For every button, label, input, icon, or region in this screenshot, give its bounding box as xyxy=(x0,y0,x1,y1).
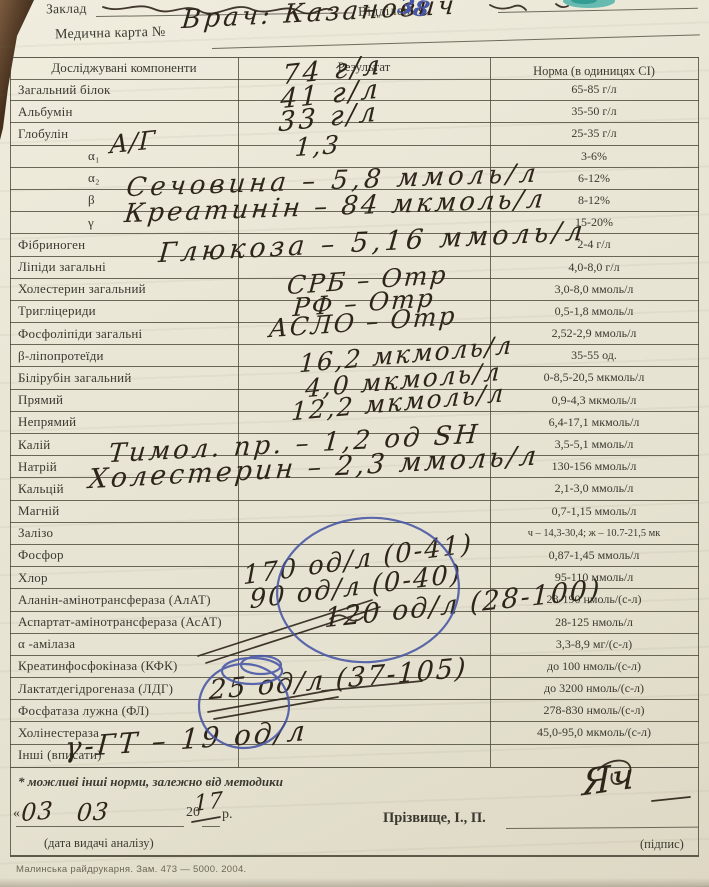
component-label: Прямий xyxy=(18,392,63,408)
component-label: α -амілаза xyxy=(18,636,75,652)
norm-value: 6,4-17,1 мкмоль/л xyxy=(490,415,698,430)
norm-value: 0-8,5-20,5 мкмоль/л xyxy=(490,370,698,385)
norm-value: 45,0-95,0 мкмоль/(с-л) xyxy=(490,725,698,740)
norm-value: 0,9-4,3 мкмоль/л xyxy=(490,393,698,408)
component-label: Натрій xyxy=(18,459,57,475)
component-label: Холестерин загальний xyxy=(18,281,146,297)
component-label: Тригліцериди xyxy=(18,303,96,319)
component-label: Залізо xyxy=(18,525,53,541)
handwritten-date-year: 17 xyxy=(194,788,224,817)
handwritten-result: 1,3 xyxy=(294,130,342,162)
printer-note: Малинська райдрукарня. Зам. 473 — 5000. … xyxy=(16,864,246,875)
component-label: Аланін-амінотрансфераза (АлАТ) xyxy=(18,592,211,608)
component-label: α₁ xyxy=(88,148,100,164)
norm-value: 35-55 од. xyxy=(490,348,698,363)
component-label: α₂ xyxy=(88,170,100,186)
card-number-underline xyxy=(212,34,700,49)
component-label: Фосфоліпіди загальні xyxy=(18,326,142,342)
component-label: Ліпіди загальні xyxy=(18,259,106,275)
component-label: Калій xyxy=(18,437,50,453)
component-label: Білірубін загальний xyxy=(18,370,131,386)
date-underline xyxy=(16,826,184,827)
component-label: Глобулін xyxy=(18,126,68,142)
norm-value: 35-50 г/л xyxy=(490,104,698,119)
norm-value: ч – 14,3-30,4; ж – 10.7-21,5 мк xyxy=(490,528,698,539)
component-label: Фібриноген xyxy=(18,237,85,253)
department-underline xyxy=(498,8,698,13)
norm-value: 28-125 нмоль/л xyxy=(490,615,698,630)
norm-value: 4,0-8,0 г/л xyxy=(490,260,698,275)
table-row: α -амілаза3,3-8,9 мг/(с-л) xyxy=(10,634,699,656)
component-label: γ xyxy=(88,215,94,231)
year-underline xyxy=(202,826,220,827)
norm-value: 3,0-8,0 ммоль/л xyxy=(490,282,698,297)
component-label: Фосфатаза лужна (ФЛ) xyxy=(18,703,149,719)
signature-caption: (підпис) xyxy=(640,837,684,852)
component-label: Креатинфосфокіназа (КФК) xyxy=(18,658,178,674)
component-label: Непрямий xyxy=(18,414,76,430)
norm-value: 3,3-8,9 мг/(с-л) xyxy=(490,637,698,652)
photo-bottom-shadow xyxy=(0,878,709,887)
signature-underline xyxy=(506,827,698,830)
date-open-quote: « xyxy=(13,806,20,822)
norm-value: 0,87-1,45 ммоль/л xyxy=(490,548,698,563)
date-caption: (дата видачі аналізу) xyxy=(44,836,154,851)
handwritten-signature: Яч xyxy=(582,756,635,805)
lab-form-photo: Заклад Відділення 38 Медична карта № Дос… xyxy=(0,0,709,887)
component-label: Фосфор xyxy=(18,547,64,563)
norm-value: 2,1-3,0 ммоль/л xyxy=(490,481,698,496)
norm-value: 0,7-1,15 ммоль/л xyxy=(490,504,698,519)
component-label: β-ліпопротеїди xyxy=(18,348,104,364)
column-header-component: Досліджувані компоненти xyxy=(14,60,234,76)
norm-value: 0,5-1,8 ммоль/л xyxy=(490,304,698,319)
component-label: Кальцій xyxy=(18,481,64,497)
table-row: Залізоч – 14,3-30,4; ж – 10.7-21,5 мк xyxy=(10,523,699,545)
handwritten-ag-ratio: А/Г xyxy=(109,125,157,159)
frame-bottom-border xyxy=(10,855,699,857)
handwritten-date-month: 03 xyxy=(76,797,111,827)
norm-value: 25-35 г/л xyxy=(490,126,698,141)
norm-value: до 100 нмоль/(с-л) xyxy=(490,659,698,674)
component-label: Лактатдегідрогеназа (ЛДГ) xyxy=(18,681,173,697)
surname-label: Прізвище, І., П. xyxy=(383,810,486,827)
footnote: * можливі інші норми, залежно від методи… xyxy=(18,774,283,790)
component-label: β xyxy=(88,192,95,208)
norm-value: 65-85 г/л xyxy=(490,82,698,97)
component-label: Хлор xyxy=(18,570,48,586)
table-row: Фосфатаза лужна (ФЛ)278-830 нмоль/(с-л) xyxy=(10,700,699,722)
component-label: Магній xyxy=(18,503,59,519)
norm-value: до 3200 нмоль/(с-л) xyxy=(490,681,698,696)
norm-value: 278-830 нмоль/(с-л) xyxy=(490,703,698,718)
component-label: Альбумін xyxy=(18,104,73,120)
table-row: Магній0,7-1,15 ммоль/л xyxy=(10,501,699,523)
column-header-norm: Норма (в одиницях СІ) xyxy=(490,64,698,79)
card-number-label: Медична карта № xyxy=(55,25,166,44)
facility-label: Заклад xyxy=(46,1,87,18)
handwritten-date-day: 03 xyxy=(21,796,55,827)
component-label: Загальний білок xyxy=(18,82,111,98)
component-label: Аспартат-амінотрансфераза (АсАТ) xyxy=(18,614,222,630)
norm-value: 2,52-2,9 ммоль/л xyxy=(490,326,698,341)
teal-stamp-mark xyxy=(563,0,615,8)
